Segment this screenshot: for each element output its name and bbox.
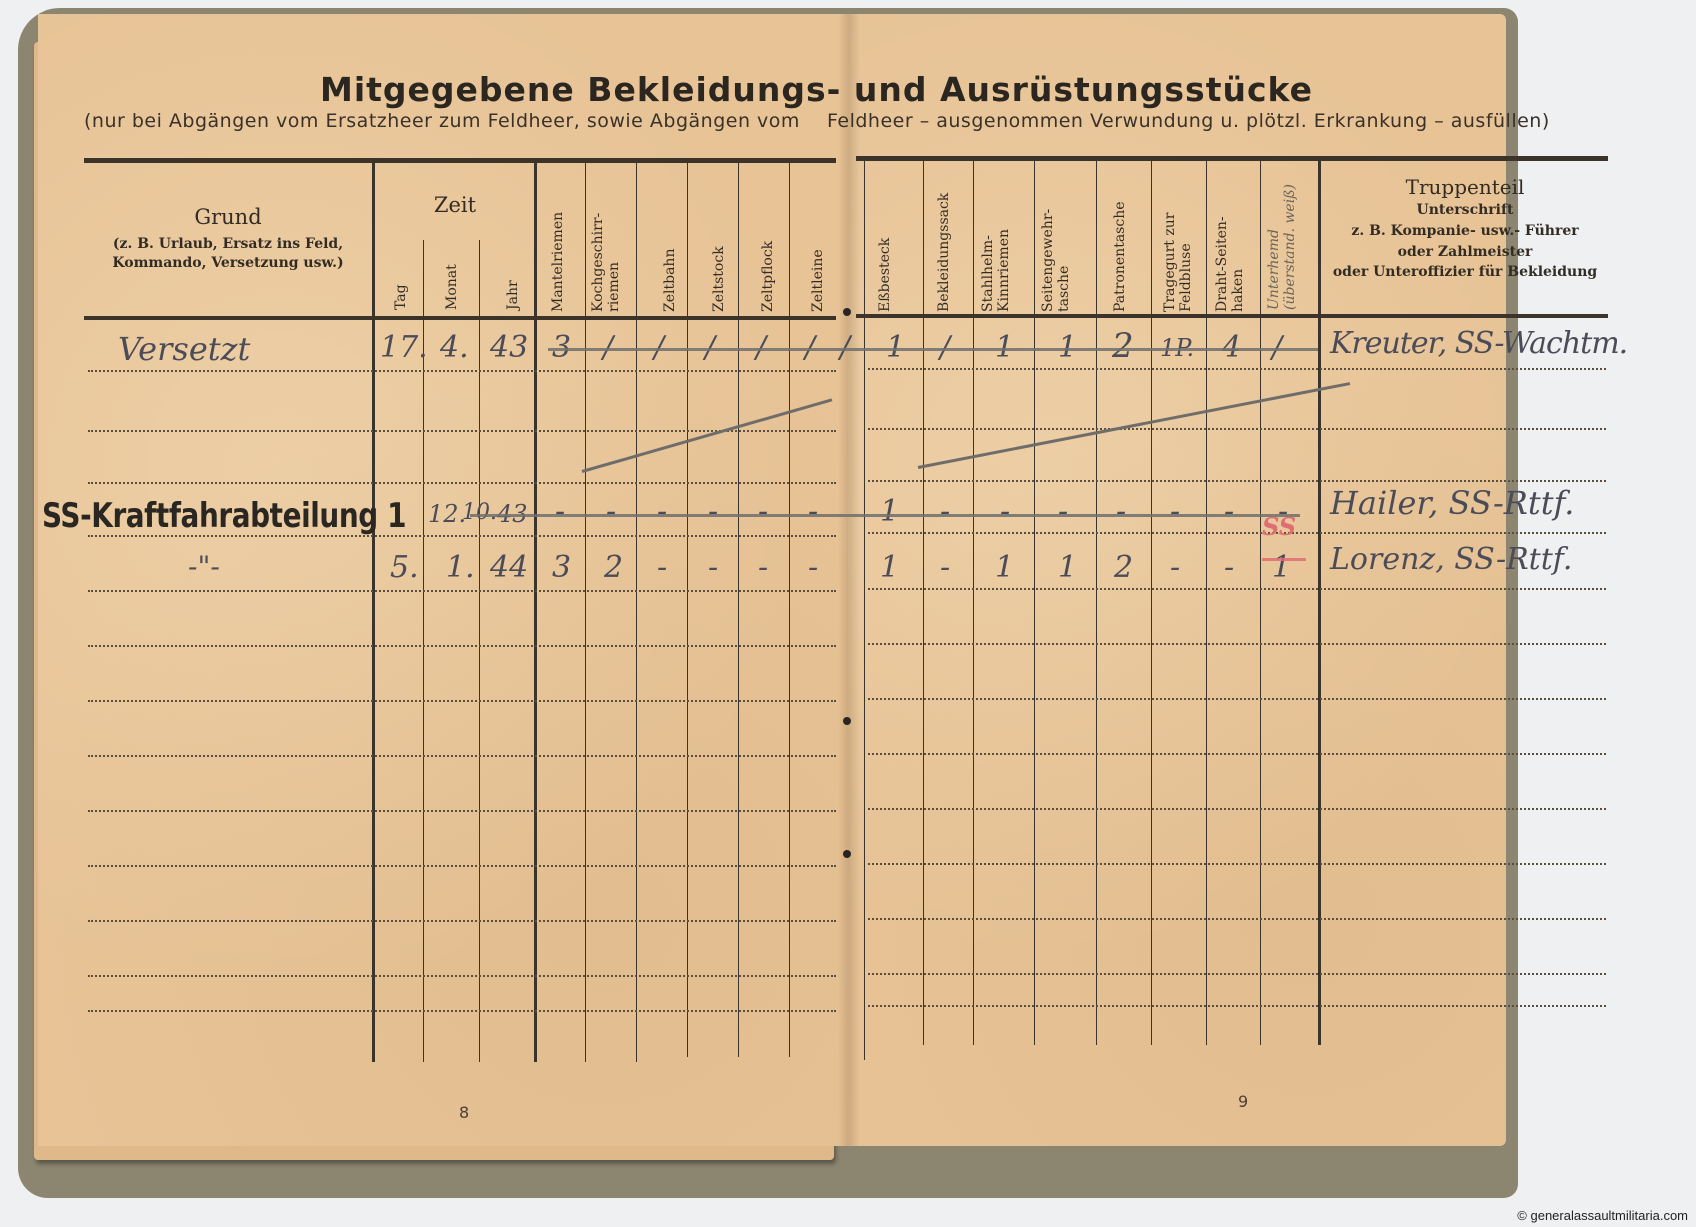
col-stahlhelm: Stahlhelm- Kinnriemen — [980, 200, 1012, 312]
row1-signature: Kreuter, SS-Wachtm. — [1330, 326, 1627, 361]
row3-item: - — [940, 550, 950, 585]
row-line — [868, 753, 1606, 755]
col-kochgeschirr: Kochgeschirr- riemen — [590, 172, 622, 312]
zeit-jahr: Jahr — [505, 268, 521, 310]
row3-red-strike — [1262, 558, 1306, 561]
spine-fold — [838, 14, 860, 1146]
col-seitengewehrtasche: Seitengewehr- tasche — [1040, 168, 1072, 312]
col-zeltleine: Zeltleine — [810, 228, 826, 312]
staple-hole — [843, 717, 851, 725]
row-line — [88, 755, 836, 757]
row1-item: 2 — [1112, 326, 1134, 366]
row-line — [868, 1005, 1606, 1007]
subtitle-right: Feldheer – ausgenommen Verwundung u. plö… — [827, 110, 1550, 132]
row3-item: - — [1224, 550, 1234, 585]
col-patronentasche: Patronentasche — [1112, 168, 1128, 312]
col-mantelriemen: Mantelriemen — [550, 172, 566, 312]
truppenteil-hint-4: oder Unteroffizier für Bekleidung — [1325, 264, 1605, 280]
row-line — [88, 865, 836, 867]
document-subtitle: (nur bei Abgängen vom Ersatzheer zum Fel… — [84, 110, 1614, 132]
row-line — [868, 698, 1606, 700]
grid-line — [479, 240, 480, 1062]
col-essbesteck: Eßbesteck — [877, 240, 893, 312]
row3-item: - — [657, 550, 667, 585]
truppenteil-hint-3: oder Zahlmeister — [1325, 244, 1605, 260]
row-line — [868, 368, 1606, 370]
row3-grund: -"- — [188, 550, 220, 583]
grid-line — [1318, 160, 1321, 1045]
row3-item: 2 — [604, 550, 623, 585]
grid-line — [789, 162, 790, 1057]
row1-strikethrough — [548, 348, 1318, 351]
row2-item: - — [1000, 494, 1010, 529]
row-line — [88, 920, 836, 922]
header-top-rule-right — [856, 156, 1608, 161]
row-line — [868, 588, 1606, 590]
col-zeltstock: Zeltstock — [711, 240, 727, 312]
row1-monat: 4. — [440, 330, 469, 365]
grid-line — [372, 162, 375, 1062]
watermark: © generalassaultmilitaria.com — [1517, 1208, 1688, 1223]
grid-line — [738, 162, 739, 1057]
row2-item: - — [657, 494, 667, 529]
zeit-tag: Tag — [393, 268, 409, 310]
grid-line — [534, 162, 537, 1062]
row-line — [868, 973, 1606, 975]
zeit-monat: Monat — [444, 242, 460, 310]
row3-item: - — [1170, 550, 1180, 585]
row2-item: - — [1170, 494, 1180, 529]
col-zeltpflock: Zeltpflock — [760, 228, 776, 312]
row-line — [868, 808, 1606, 810]
row3-item: - — [758, 550, 768, 585]
grund-header: Grund — [88, 205, 368, 229]
row-line — [868, 428, 1606, 430]
row3-item: 1 — [995, 550, 1014, 585]
row3-signature: Lorenz, SS-Rttf. — [1330, 542, 1572, 577]
row3-monat: 1. — [446, 550, 475, 585]
row2-monat: 10. — [462, 500, 497, 525]
row2-tag: 12. — [428, 500, 466, 528]
row2-item: - — [555, 494, 565, 529]
row1-tag: 17. — [380, 330, 428, 365]
row-line — [88, 700, 836, 702]
row2-grund-stamp: SS-Kraftfahrabteilung 1 — [42, 496, 406, 536]
grid-line — [636, 162, 637, 1062]
col-tragegurt: Tragegurt zur Feldbluse — [1162, 168, 1194, 312]
row-line — [88, 1010, 836, 1012]
row3-item: 1 — [1272, 550, 1291, 585]
row-line — [88, 590, 836, 592]
grid-line — [1096, 160, 1097, 1045]
row2-signature: Hailer, SS-Rttf. — [1330, 484, 1574, 522]
staple-hole — [843, 850, 851, 858]
row3-red-annotation: SS — [1262, 512, 1296, 541]
row-line — [868, 480, 1606, 482]
row-line — [868, 532, 1606, 534]
grid-line — [1260, 160, 1261, 1045]
page-number-right: 9 — [1238, 1092, 1248, 1111]
row2-item: - — [708, 494, 718, 529]
col-unterhemd-handwritten: Unterhemd (überstand. weiß) — [1266, 160, 1298, 310]
header-bottom-rule-right — [856, 314, 1608, 318]
col-bekleidungssack: Bekleidungssack — [936, 168, 952, 312]
row-line — [88, 810, 836, 812]
row2-item: - — [808, 494, 818, 529]
header-bottom-rule-left — [84, 316, 836, 320]
row2-item: - — [606, 494, 616, 529]
zeit-header: Zeit — [375, 193, 535, 217]
row2-item: - — [1224, 494, 1234, 529]
grid-line — [973, 160, 974, 1045]
col-drahtseitenhaken: Draht-Seiten- haken — [1214, 168, 1246, 312]
page-number-left: 8 — [459, 1103, 469, 1122]
row-line — [88, 645, 836, 647]
row-line — [868, 918, 1606, 920]
row-line — [88, 482, 836, 484]
document-title: Mitgegebene Bekleidungs- und Ausrüstungs… — [320, 70, 1280, 109]
row3-item: 1 — [1058, 550, 1077, 585]
subtitle-left: (nur bei Abgängen vom Ersatzheer zum Fel… — [84, 110, 800, 132]
row-line — [88, 975, 836, 977]
row2-item: - — [940, 494, 950, 529]
staple-hole — [843, 308, 851, 316]
header-top-rule-left — [84, 158, 836, 163]
row2-item: - — [758, 494, 768, 529]
row3-item: 1 — [880, 550, 899, 585]
col-zeltbahn: Zeltbahn — [662, 240, 678, 312]
row3-item: - — [808, 550, 818, 585]
grid-line — [687, 162, 688, 1057]
row2-item: 1 — [880, 494, 899, 529]
truppenteil-hint-2: z. B. Kompanie- usw.- Führer — [1325, 223, 1605, 239]
row1-grund: Versetzt — [118, 330, 250, 368]
row-line — [868, 863, 1606, 865]
grund-hint-2: Kommando, Versetzung usw.) — [88, 255, 368, 271]
row3-tag: 5. — [390, 550, 419, 585]
grund-hint-1: (z. B. Urlaub, Ersatz ins Feld, — [88, 236, 368, 252]
truppenteil-hint-1: Unterschrift — [1325, 202, 1605, 218]
row2-item: - — [1058, 494, 1068, 529]
grid-line — [1206, 160, 1207, 1045]
row2-strikethrough — [470, 514, 1300, 517]
grid-line — [1151, 160, 1152, 1045]
row3-item: 3 — [552, 550, 571, 585]
row3-jahr: 44 — [490, 550, 528, 585]
grid-line — [585, 162, 586, 1062]
row-line — [868, 643, 1606, 645]
grid-line — [923, 160, 924, 1045]
truppenteil-header: Truppenteil — [1325, 175, 1605, 199]
row2-item: - — [1116, 494, 1126, 529]
grid-line — [1034, 160, 1035, 1045]
row3-item: - — [708, 550, 718, 585]
row1-jahr: 43 — [490, 330, 528, 365]
row3-item: 2 — [1114, 550, 1133, 585]
row-line — [88, 370, 836, 372]
grid-line — [864, 160, 865, 1060]
